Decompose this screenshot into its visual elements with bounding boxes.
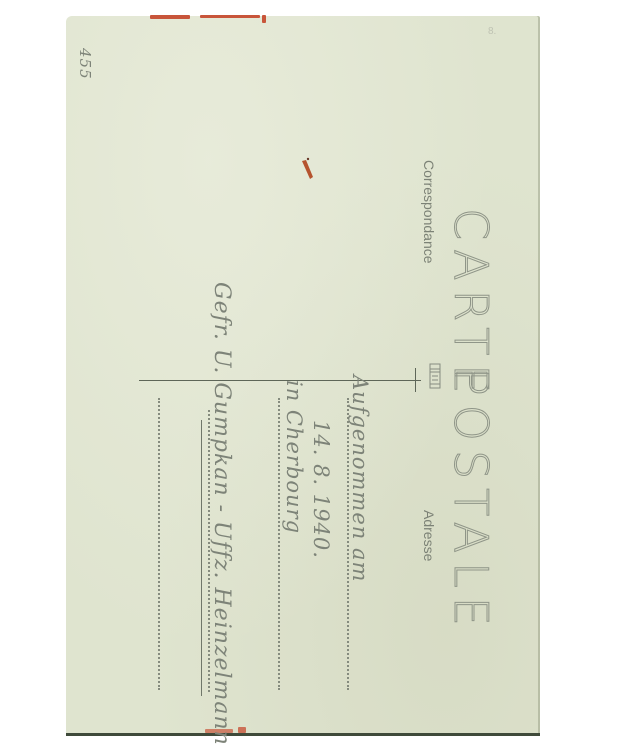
crown-icon	[428, 362, 442, 390]
address-line-2	[278, 398, 280, 690]
divider-vertical-tick	[415, 368, 416, 392]
red-stain-bottom	[238, 727, 246, 733]
catalog-number: 455	[76, 48, 94, 80]
label-correspondance: Correspondance	[421, 160, 437, 264]
label-adresse: Adresse	[421, 510, 437, 561]
handwriting-line-1: Aufgenommen am	[348, 375, 372, 582]
address-line-4	[158, 398, 160, 690]
card-bottom-edge	[66, 733, 540, 736]
red-stain-top	[262, 15, 266, 23]
red-stain-top	[150, 15, 190, 19]
divider-horizontal	[139, 380, 421, 381]
corner-mark: 8.	[488, 26, 496, 37]
title-postale: POSTALE	[444, 368, 498, 635]
red-ink-mark	[298, 155, 318, 183]
pencil-underline	[201, 420, 202, 696]
handwriting-line-2: 14. 8. 1940.	[309, 420, 333, 559]
red-stain-top	[200, 15, 260, 18]
handwriting-line-4: Gefr. U. Gumpkan - Uffz. Heinzelmann	[209, 282, 234, 746]
handwriting-line-3: in Cherbourg	[282, 380, 306, 534]
